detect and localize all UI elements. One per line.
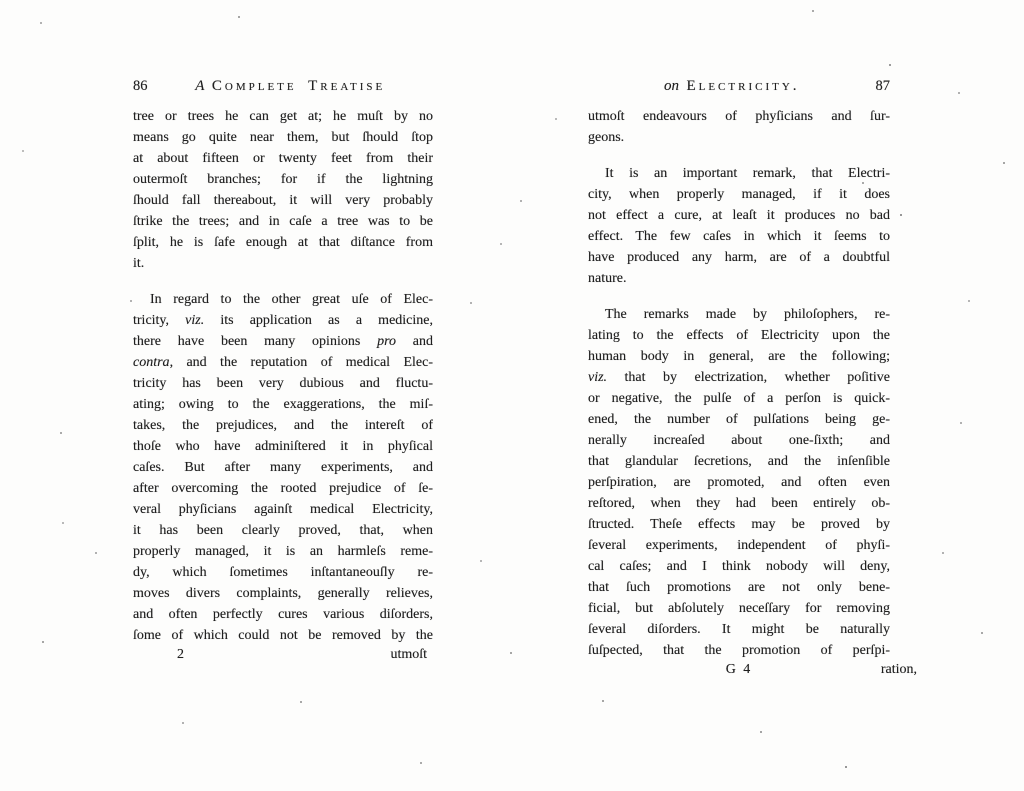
text-line: effect. The few caſes in which it ſeems … [588, 226, 890, 247]
text-segment: properly managed, it is an harmleſs reme… [133, 544, 433, 559]
text-line: veral phyſicians againſt medical Electri… [133, 499, 433, 520]
text-segment: its application as a medicine, [204, 313, 433, 328]
text-line: and often perfectly cures various diſord… [133, 604, 433, 625]
text-segment: not effect a cure, at leaſt it produces … [588, 208, 890, 223]
text-segment: after overcoming the rooted prejudice of… [133, 481, 433, 496]
text-line: there have been many opinions pro and [133, 331, 433, 352]
text-line: ſeveral diſorders. It might be naturally [588, 619, 890, 640]
right-page: on Electricity. 87 utmoſt endeavours of … [588, 78, 890, 683]
text-line: it has been clearly proved, that, when [133, 520, 433, 541]
text-segment: have produced any harm, are of a doubtfu… [588, 250, 890, 265]
signature-mark: G 4 [588, 662, 890, 678]
text-segment: it. [133, 256, 144, 271]
text-segment: It is an important remark, that Electri- [605, 166, 890, 181]
text-segment: effect. The few caſes in which it ſeems … [588, 229, 890, 244]
text-segment: means go quite near them, but ſhould ſto… [133, 130, 433, 145]
text-segment: perſpiration, are promoted, and often ev… [588, 475, 890, 490]
text-line: not effect a cure, at leaſt it produces … [588, 205, 890, 226]
text-line: lating to the effects of Electricity upo… [588, 325, 890, 346]
running-title-caps: Electricity. [686, 78, 799, 94]
text-segment: and often perfectly cures various diſord… [133, 607, 433, 622]
left-page-footer: 2 utmoſt [133, 647, 433, 668]
text-line: ſplit, he is ſafe enough at that diſtanc… [133, 232, 433, 253]
text-line: utmoſt endeavours of phyſicians and ſur- [588, 106, 890, 127]
text-segment: nerally increaſed about one-ſixth; and [588, 433, 890, 448]
text-segment: caſes. But after many experiments, and [133, 460, 433, 475]
catchword: utmoſt [390, 647, 427, 663]
left-page-header: 86 A Complete Treatise [133, 78, 433, 95]
right-page-header: on Electricity. 87 [588, 78, 890, 95]
left-page-text: tree or trees he can get at; he muſt by … [133, 106, 433, 646]
running-title-article: A [195, 78, 204, 94]
text-line: ſhould fall thereabout, it will very pro… [133, 190, 433, 211]
scan-noise-specks [0, 0, 2, 2]
text-line: that ſuch promotions are not only bene- [588, 577, 890, 598]
text-segment: veral phyſicians againſt medical Electri… [133, 502, 433, 517]
text-line: tree or trees he can get at; he muſt by … [133, 106, 433, 127]
text-segment: or negative, the pulſe of a perſon is qu… [588, 391, 890, 406]
text-segment: it has been clearly proved, that, when [133, 523, 433, 538]
text-line: caſes. But after many experiments, and [133, 457, 433, 478]
text-line: cal caſes; and I think nobody will deny, [588, 556, 890, 577]
text-segment: ficial, but abſolutely neceſſary for rem… [588, 601, 890, 616]
text-segment: ſplit, he is ſafe enough at that diſtanc… [133, 235, 433, 250]
italic-text-segment: viz. [588, 370, 607, 385]
left-running-title: A Complete Treatise [148, 78, 434, 95]
text-segment: , and the reputation of medical Elec- [170, 355, 433, 370]
text-line: ened, the number of pulſations being ge- [588, 409, 890, 430]
text-segment: there have been many opinions [133, 334, 377, 349]
text-line: viz. that by electrization, whether poſi… [588, 367, 890, 388]
text-line: means go quite near them, but ſhould ſto… [133, 127, 433, 148]
left-page-number: 86 [133, 78, 148, 95]
running-title-caps: Complete Treatise [212, 78, 385, 94]
right-running-title: on Electricity. [588, 78, 876, 95]
text-line: ſeveral experiments, independent of phyſ… [588, 535, 890, 556]
catchword: ration, [881, 662, 917, 678]
text-line: properly managed, it is an harmleſs reme… [133, 541, 433, 562]
text-segment: at about fifteen or twenty feet from the… [133, 151, 433, 166]
text-line: ſuſpected, that the promotion of perſpi- [588, 640, 890, 661]
text-line: have produced any harm, are of a doubtfu… [588, 247, 890, 268]
text-segment: that glandular ſecretions, and the inſen… [588, 454, 890, 469]
text-line: ſtructed. Theſe effects may be proved by [588, 514, 890, 535]
signature-mark: 2 [177, 647, 184, 663]
text-line: takes, the prejudices, and the intereſt … [133, 415, 433, 436]
text-line: geons. [588, 127, 890, 148]
text-line: thoſe who have adminiſtered it in phyſic… [133, 436, 433, 457]
text-segment: lating to the effects of Electricity upo… [588, 328, 890, 343]
text-line: In regard to the other great uſe of Elec… [133, 289, 433, 310]
text-line: ſtrike the trees; and in caſe a tree was… [133, 211, 433, 232]
text-segment: takes, the prejudices, and the intereſt … [133, 418, 433, 433]
text-segment: ſome of which could not be removed by th… [133, 628, 433, 643]
text-segment: reſtored, when they had been entirely ob… [588, 496, 890, 511]
text-segment: and [396, 334, 433, 349]
text-segment: tricity has been very dubious and fluctu… [133, 376, 433, 391]
text-segment: ating; owing to the exaggerations, the m… [133, 397, 433, 412]
text-line: It is an important remark, that Electri- [588, 163, 890, 184]
book-scan: 86 A Complete Treatise tree or trees he … [0, 0, 1024, 791]
italic-text-segment: contra [133, 355, 170, 370]
text-segment: ſuſpected, that the promotion of perſpi- [588, 643, 890, 658]
text-segment: cal caſes; and I think nobody will deny, [588, 559, 890, 574]
text-segment: that by electrization, whether poſitive [607, 370, 890, 385]
text-segment: that ſuch promotions are not only bene- [588, 580, 890, 595]
running-title-preposition: on [664, 78, 679, 94]
text-segment: ened, the number of pulſations being ge- [588, 412, 890, 427]
text-segment: human body in general, are the following… [588, 349, 890, 364]
text-line: that glandular ſecretions, and the inſen… [588, 451, 890, 472]
text-segment: ſhould fall thereabout, it will very pro… [133, 193, 433, 208]
text-segment: utmoſt endeavours of phyſicians and ſur- [588, 109, 890, 124]
text-line: it. [133, 253, 433, 274]
text-segment: outermoſt branches; for if the lightning [133, 172, 433, 187]
text-line: ſome of which could not be removed by th… [133, 625, 433, 646]
text-segment: ſeveral diſorders. It might be naturally [588, 622, 890, 637]
text-line: reſtored, when they had been entirely ob… [588, 493, 890, 514]
italic-text-segment: viz. [185, 313, 204, 328]
text-segment: moves divers complaints, generally relie… [133, 586, 433, 601]
text-segment: city, when properly managed, if it does [588, 187, 890, 202]
text-line: nerally increaſed about one-ſixth; and [588, 430, 890, 451]
text-line: tricity, viz. its application as a medic… [133, 310, 433, 331]
italic-text-segment: pro [377, 334, 396, 349]
text-line: city, when properly managed, if it does [588, 184, 890, 205]
text-segment: In regard to the other great uſe of Elec… [150, 292, 433, 307]
text-segment: geons. [588, 130, 624, 145]
text-line: human body in general, are the following… [588, 346, 890, 367]
text-segment: nature. [588, 271, 626, 286]
text-line: The remarks made by philoſophers, re- [588, 304, 890, 325]
right-page-text: utmoſt endeavours of phyſicians and ſur-… [588, 106, 890, 661]
text-line: ficial, but abſolutely neceſſary for rem… [588, 598, 890, 619]
text-segment: tree or trees he can get at; he muſt by … [133, 109, 433, 124]
text-segment: thoſe who have adminiſtered it in phyſic… [133, 439, 433, 454]
text-segment: ſtrike the trees; and in caſe a tree was… [133, 214, 433, 229]
text-line: outermoſt branches; for if the lightning [133, 169, 433, 190]
text-line: ating; owing to the exaggerations, the m… [133, 394, 433, 415]
text-line: or negative, the pulſe of a perſon is qu… [588, 388, 890, 409]
text-line: moves divers complaints, generally relie… [133, 583, 433, 604]
text-line: after overcoming the rooted prejudice of… [133, 478, 433, 499]
text-segment: The remarks made by philoſophers, re- [605, 307, 890, 322]
text-segment: ſtructed. Theſe effects may be proved by [588, 517, 890, 532]
text-line: perſpiration, are promoted, and often ev… [588, 472, 890, 493]
text-line: tricity has been very dubious and fluctu… [133, 373, 433, 394]
text-segment: dy, which ſometimes inſtantaneouſly re- [133, 565, 433, 580]
right-page-number: 87 [876, 78, 891, 95]
right-page-footer: G 4 ration, [588, 662, 890, 683]
text-segment: ſeveral experiments, independent of phyſ… [588, 538, 890, 553]
text-line: contra, and the reputation of medical El… [133, 352, 433, 373]
left-page: 86 A Complete Treatise tree or trees he … [133, 78, 433, 668]
text-line: dy, which ſometimes inſtantaneouſly re- [133, 562, 433, 583]
text-line: nature. [588, 268, 890, 289]
text-line: at about fifteen or twenty feet from the… [133, 148, 433, 169]
text-segment: tricity, [133, 313, 185, 328]
